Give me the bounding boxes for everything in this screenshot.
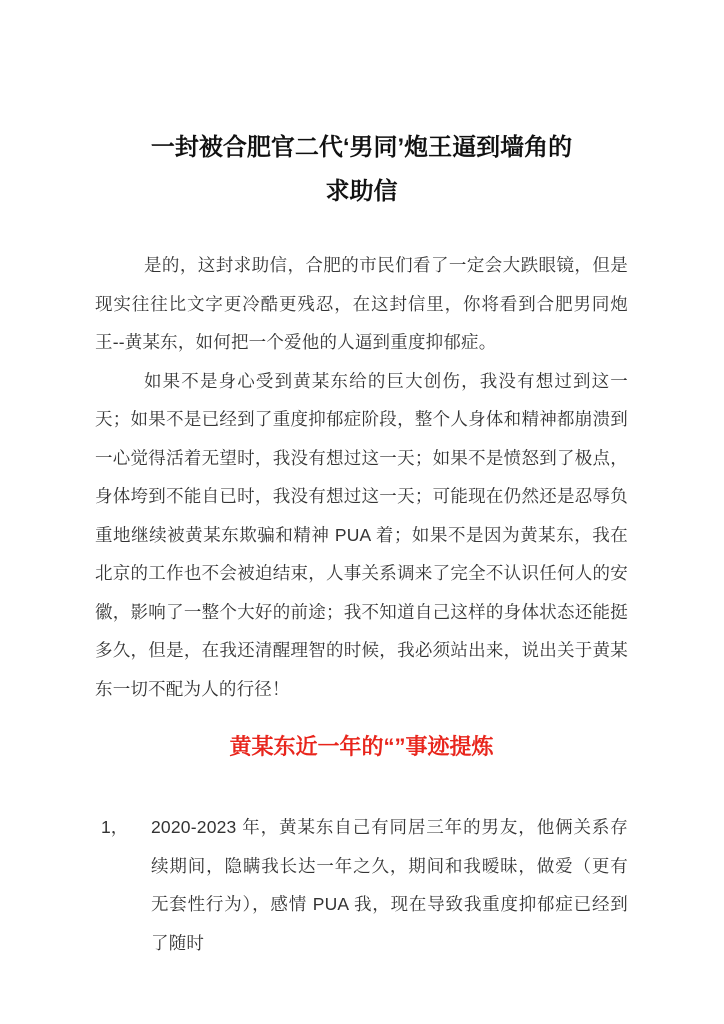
list-item-text: 2020-2023 年，黄某东自己有同居三年的男友，他俩关系存续期间，隐瞒我长达… bbox=[151, 808, 628, 962]
document-page: 一封被合肥官二代‘男同’炮王逼到墙角的 求助信 是的，这封求助信，合肥的市民们看… bbox=[0, 0, 724, 1024]
section-heading: 黄某东近一年的“”事迹提炼 bbox=[95, 730, 628, 764]
title-line-2: 求助信 bbox=[95, 170, 628, 214]
appeal-paragraph: 如果不是身心受到黄某东给的巨大创伤，我没有想过到这一天；如果不是已经到了重度抑郁… bbox=[95, 362, 628, 709]
document-title: 一封被合肥官二代‘男同’炮王逼到墙角的 求助信 bbox=[95, 126, 628, 214]
intro-paragraph: 是的，这封求助信，合肥的市民们看了一定会大跌眼镜，但是现实往往比文字更冷酷更残忍… bbox=[95, 246, 628, 362]
numbered-list: 1， 2020-2023 年，黄某东自己有同居三年的男友，他俩关系存续期间，隐瞒… bbox=[95, 808, 628, 962]
title-line-1: 一封被合肥官二代‘男同’炮王逼到墙角的 bbox=[95, 126, 628, 170]
list-item-number: 1， bbox=[95, 808, 151, 847]
list-item: 1， 2020-2023 年，黄某东自己有同居三年的男友，他俩关系存续期间，隐瞒… bbox=[95, 808, 628, 962]
